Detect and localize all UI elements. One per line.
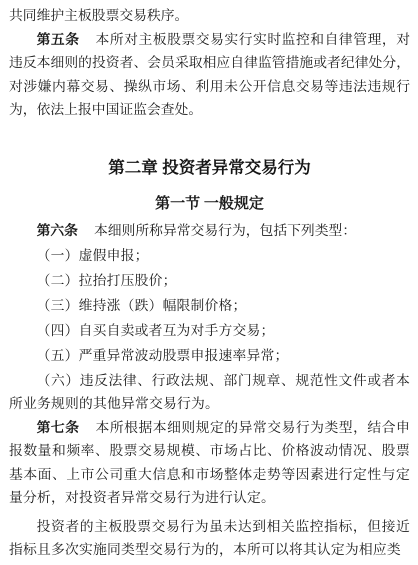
list-item-6: （六）违反法律、行政法规、部门规章、规范性文件或者本所业务规则的其他异常交易行为… xyxy=(9,369,410,416)
article-6-number: 第六条 xyxy=(37,223,78,238)
document-page: 共同维护主板股票交易秩序。 第五条本所对主板股票交易实行实时监控和自律管理，对违… xyxy=(0,0,418,565)
list-item-5: （五）严重异常波动股票申报速率异常； xyxy=(9,344,410,368)
article-6-paragraph: 第六条本细则所称异常交易行为，包括下列类型： xyxy=(9,219,410,243)
article-5-paragraph: 第五条本所对主板股票交易实行实时监控和自律管理，对违反本细则的投资者、会员采取相… xyxy=(9,28,410,122)
article-5-number: 第五条 xyxy=(37,32,80,47)
article-7-paragraph: 第七条本所根据本细则规定的异常交易行为类型，结合申报数量和频率、股票交易规模、市… xyxy=(9,416,410,510)
chapter-heading: 第二章 投资者异常交易行为 xyxy=(9,156,410,180)
closing-paragraph: 投资者的主板股票交易行为虽未达到相关监控指标，但接近指标且多次实施同类型交易行为… xyxy=(9,515,410,562)
section-heading: 第一节 一般规定 xyxy=(9,193,410,215)
list-item-2: （二）拉抬打压股价； xyxy=(9,269,410,293)
list-item-1: （一）虚假申报； xyxy=(9,244,410,268)
list-item-3: （三）维持涨（跌）幅限制价格； xyxy=(9,294,410,318)
article-7-number: 第七条 xyxy=(37,420,80,435)
article-6-text: 本细则所称异常交易行为，包括下列类型： xyxy=(94,223,356,238)
paragraph-continuation: 共同维护主板股票交易秩序。 xyxy=(9,4,410,28)
list-item-4: （四）自买自卖或者互为对手方交易； xyxy=(9,319,410,343)
